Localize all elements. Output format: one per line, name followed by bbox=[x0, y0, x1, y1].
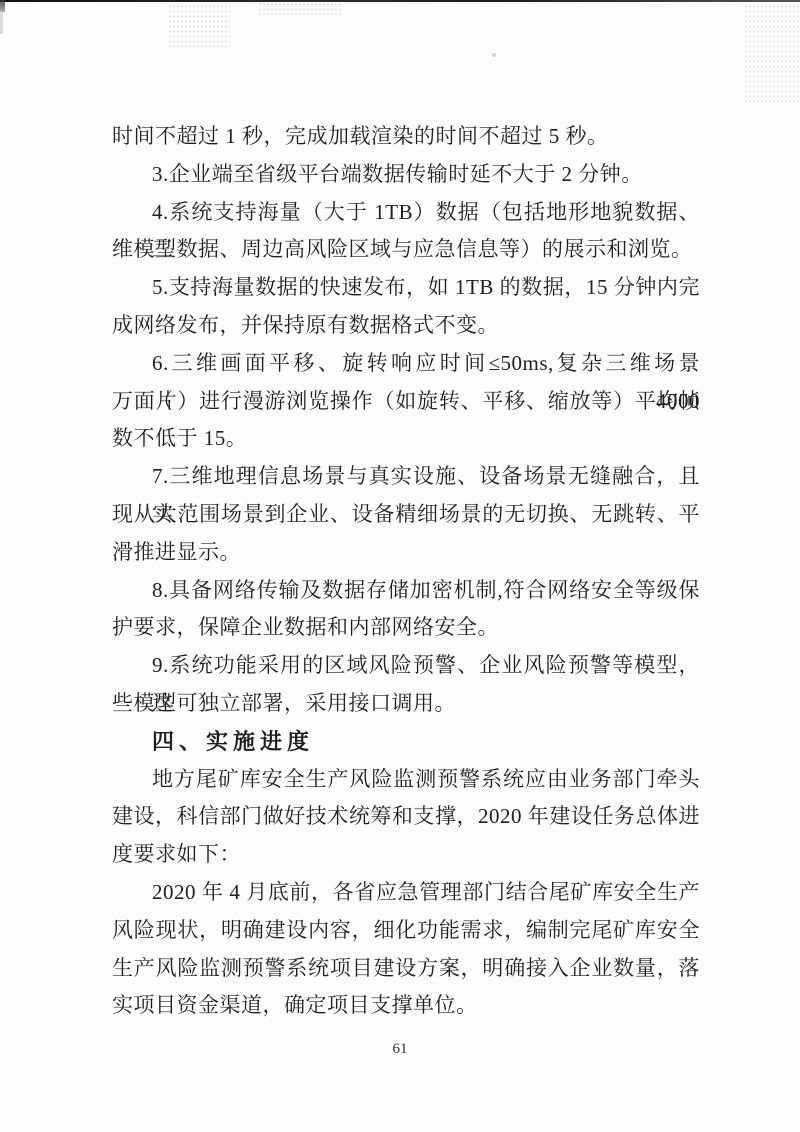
text-line: 成网络发布，并保持原有数据格式不变。 bbox=[112, 307, 700, 345]
text-column: 时间不超过 1 秒，完成加载渲染的时间不超过 5 秒。3.企业端至省级平台端数据… bbox=[112, 118, 700, 1025]
text-line: 滑推进显示。 bbox=[112, 534, 700, 572]
text-line: 5.支持海量数据的快速发布，如 1TB 的数据，15 分钟内完 bbox=[112, 269, 700, 307]
scanned-page: 时间不超过 1 秒，完成加载渲染的时间不超过 5 秒。3.企业端至省级平台端数据… bbox=[0, 0, 800, 1132]
text-line: 3.企业端至省级平台端数据传输时延不大于 2 分钟。 bbox=[112, 156, 700, 194]
scan-artifact-speckle bbox=[168, 4, 230, 48]
scan-artifact-speckle bbox=[258, 2, 342, 15]
section-heading: 四、实施进度 bbox=[112, 723, 700, 761]
text-line: 建设，科信部门做好技术统筹和支撑，2020 年建设任务总体进 bbox=[112, 798, 700, 836]
text-line: 生产风险监测预警系统项目建设方案，明确接入企业数量，落 bbox=[112, 950, 700, 988]
text-line: 8.具备网络传输及数据存储加密机制,符合网络安全等级保 bbox=[112, 572, 700, 610]
text-line: 风险现状，明确建设内容，细化功能需求，编制完尾矿库安全 bbox=[112, 912, 700, 950]
text-line: 万面片）进行漫游浏览操作（如旋转、平移、缩放等）平均帧 bbox=[112, 383, 700, 421]
scan-artifact-top-edge bbox=[0, 0, 800, 2]
scan-artifact-speckle bbox=[744, 4, 800, 106]
text-line: 数不低于 15。 bbox=[112, 420, 700, 458]
text-line: 地方尾矿库安全生产风险监测预警系统应由业务部门牵头 bbox=[112, 761, 700, 799]
text-line: 些模型可独立部署，采用接口调用。 bbox=[112, 685, 700, 723]
text-line: 4.系统支持海量（大于 1TB）数据（包括地形地貌数据、三 bbox=[112, 194, 700, 232]
text-line: 时间不超过 1 秒，完成加载渲染的时间不超过 5 秒。 bbox=[112, 118, 700, 156]
text-line: 6.三维画面平移、旋转响应时间≤50ms,复杂三维场景（4000 bbox=[112, 345, 700, 383]
text-line: 现从大范围场景到企业、设备精细场景的无切换、无跳转、平 bbox=[112, 496, 700, 534]
scan-artifact-dot bbox=[492, 53, 496, 57]
text-line: 2020 年 4 月底前，各省应急管理部门结合尾矿库安全生产 bbox=[112, 874, 700, 912]
text-line: 7.三维地理信息场景与真实设施、设备场景无缝融合，且实 bbox=[112, 458, 700, 496]
page-number: 61 bbox=[0, 1041, 800, 1061]
text-line: 护要求，保障企业数据和内部网络安全。 bbox=[112, 609, 700, 647]
text-line: 度要求如下： bbox=[112, 836, 700, 874]
text-line: 实项目资金渠道，确定项目支撑单位。 bbox=[112, 987, 700, 1025]
scan-artifact-corner-smudge bbox=[0, 10, 3, 34]
text-line: 维模型数据、周边高风险区域与应急信息等）的展示和浏览。 bbox=[112, 231, 700, 269]
text-line: 9.系统功能采用的区域风险预警、企业风险预警等模型，这 bbox=[112, 647, 700, 685]
